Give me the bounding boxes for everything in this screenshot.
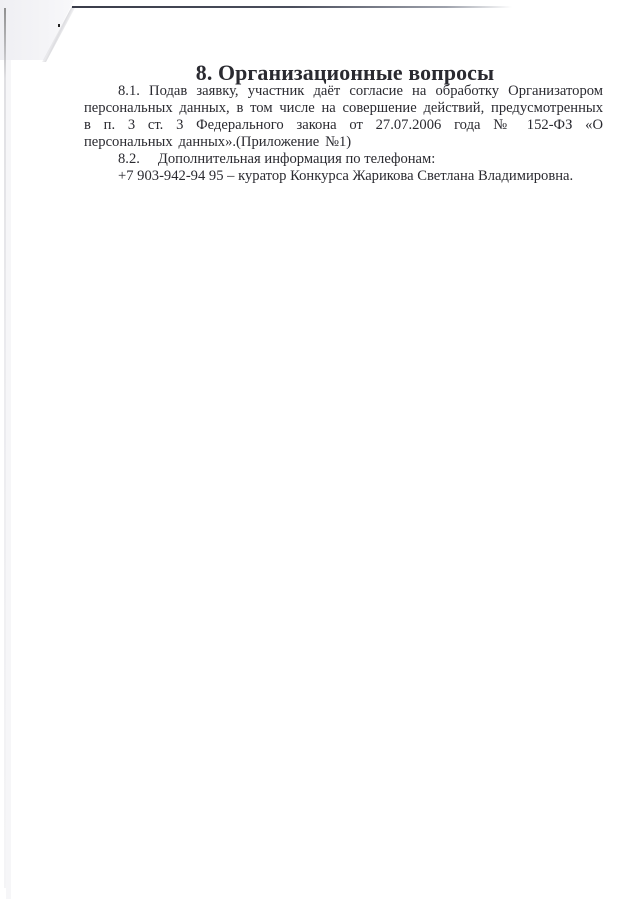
- document-page: 8. Организационные вопросы 8.1. Подав за…: [84, 64, 603, 185]
- item-8-2: 8.2.Дополнительная информация по телефон…: [84, 151, 603, 168]
- scan-top-edge: [72, 6, 512, 8]
- scan-left-band: [6, 60, 11, 899]
- item-8-2-text: Дополнительная информация по телефонам:: [158, 151, 435, 167]
- item-8-1-number: 8.1.: [118, 83, 140, 99]
- item-8-1: 8.1. Подав заявку, участник даёт согласи…: [84, 83, 603, 151]
- item-8-2-number: 8.2.: [118, 151, 140, 167]
- section-heading: 8. Организационные вопросы: [84, 64, 603, 81]
- item-8-1-text: Подав заявку, участник даёт согласие на …: [84, 83, 603, 150]
- contact-line: +7 903-942-94 95 – куратор Конкурса Жари…: [84, 168, 603, 185]
- scan-speck: [58, 24, 60, 27]
